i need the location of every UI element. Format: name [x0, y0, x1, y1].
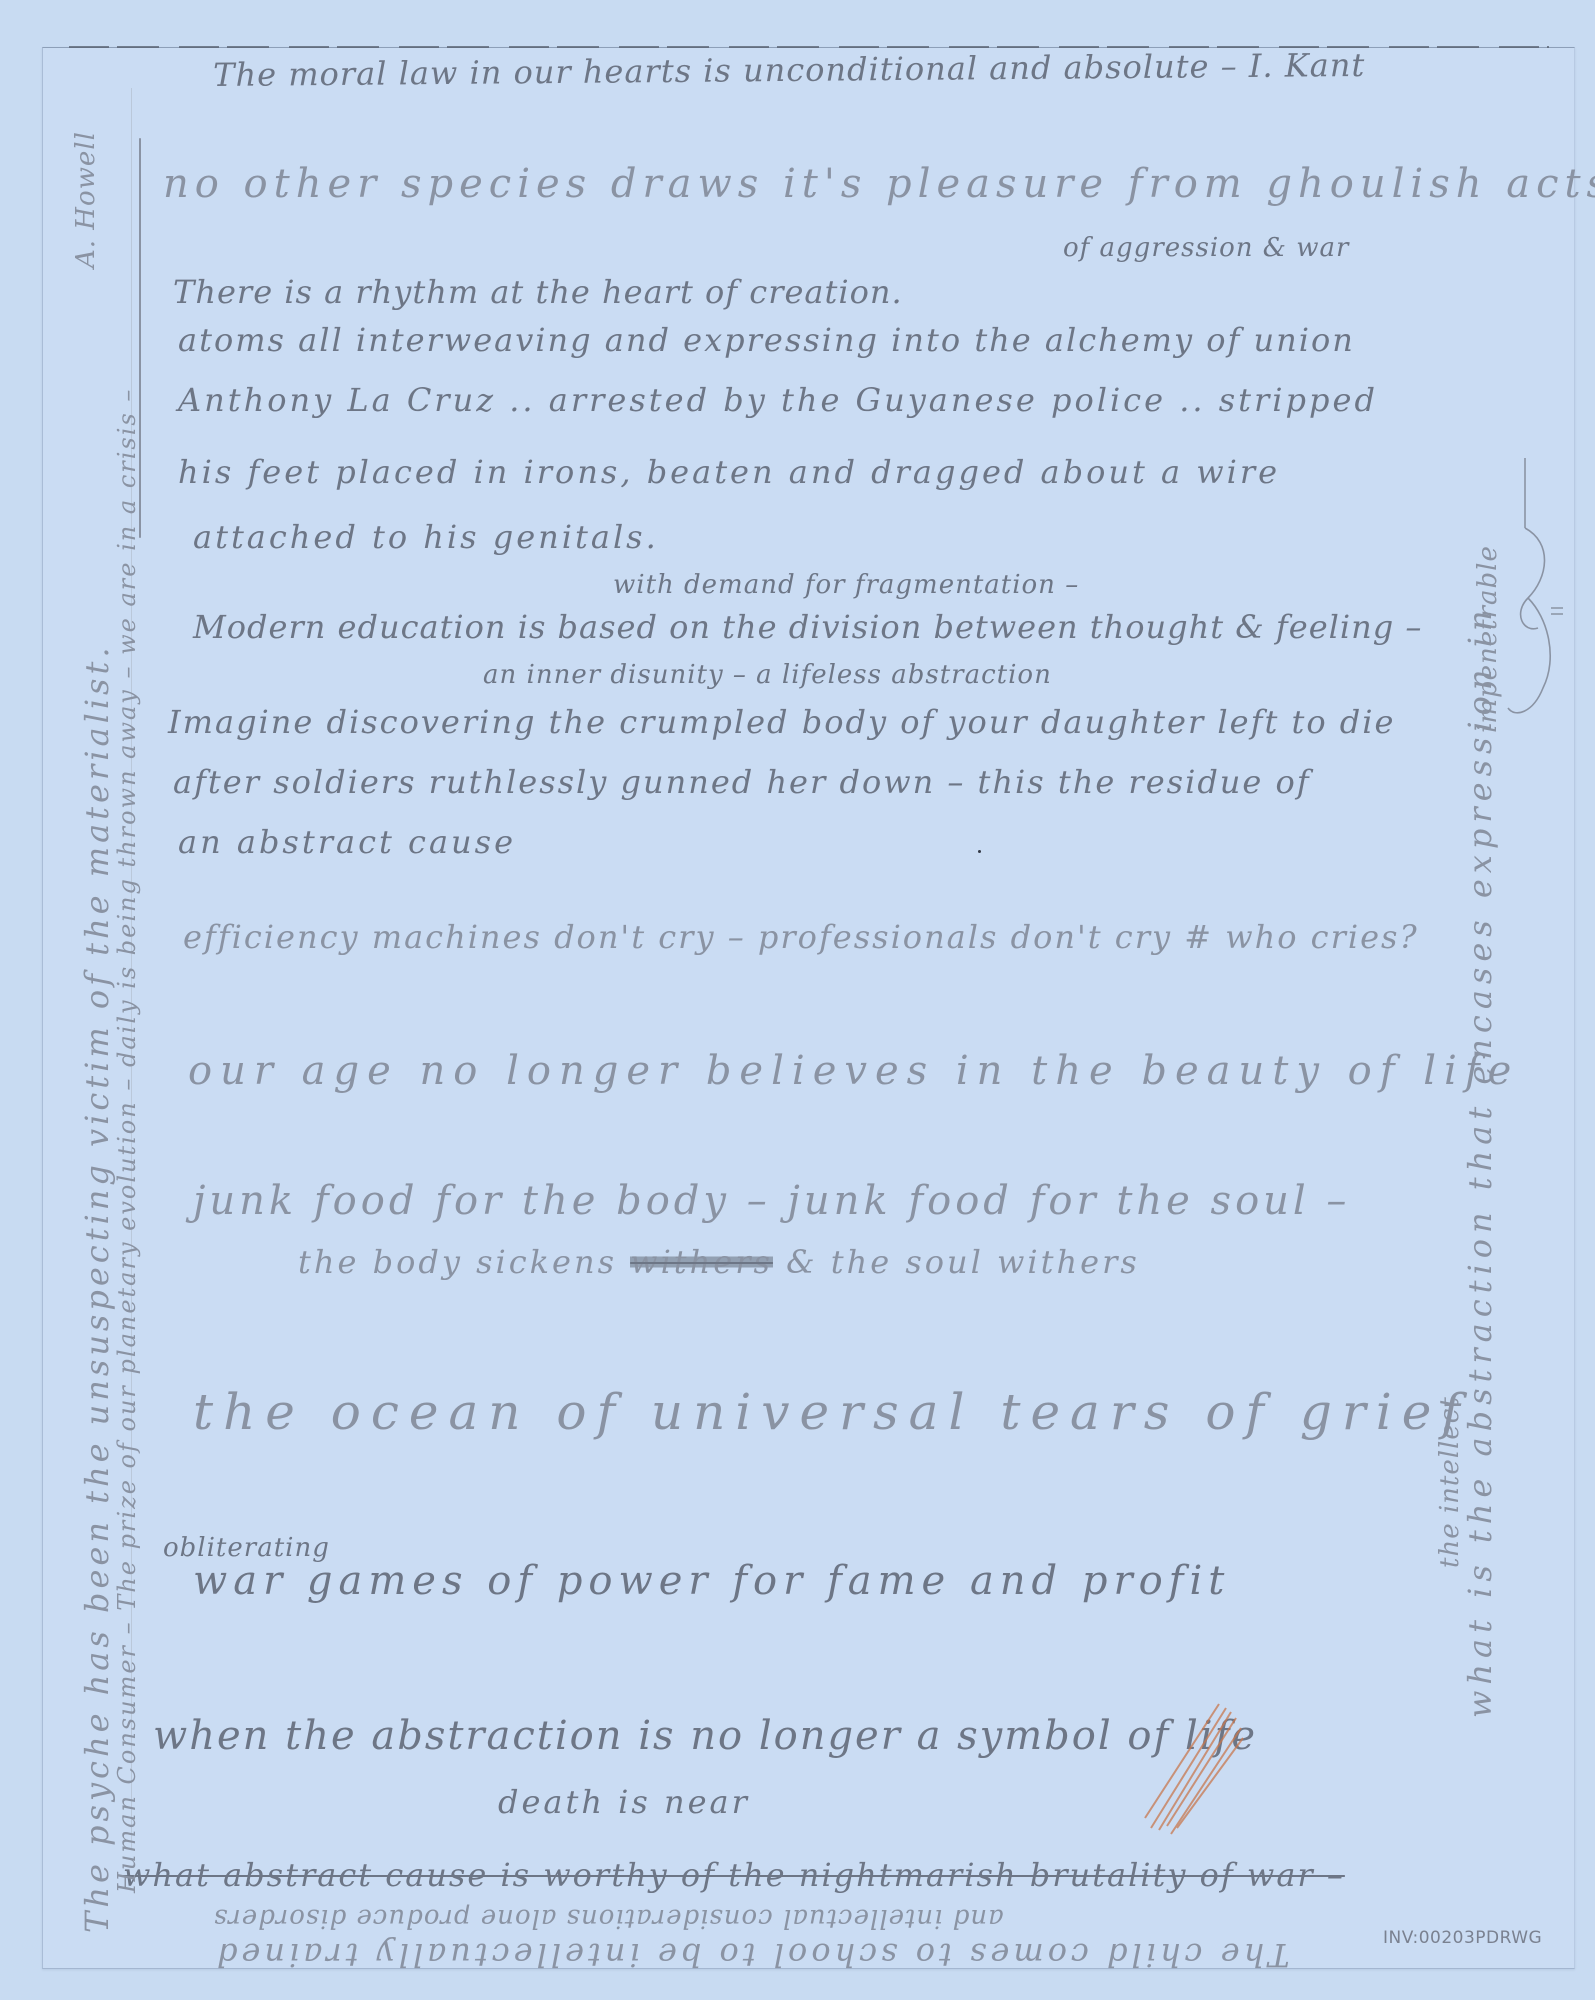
right-margin-impenetrable: impenetrable	[1473, 545, 1503, 733]
left-margin-underline	[139, 138, 141, 538]
insert-demand-fragmentation: with demand for fragmentation –	[613, 570, 1079, 600]
line-body-sickens: the body sickens withers & the soul with…	[298, 1243, 1140, 1281]
line-war-games: war games of power for fame and profit	[193, 1558, 1230, 1604]
line-struck-brutality-of-war: what abstract cause is worthy of the nig…	[123, 1856, 1345, 1894]
line-no-other-species: no other species draws it's pleasure fro…	[163, 161, 1595, 207]
line-junk-food: junk food for the body – junk food for t…	[193, 1178, 1350, 1224]
upside-down-line-child-school: The child comes to school to be intellec…	[213, 1936, 1290, 1974]
orange-scribble-mark	[1131, 1698, 1251, 1838]
left-margin-psyche-text: The psyche has been the unsuspecting vic…	[78, 643, 116, 1933]
struck-word-withers: withers	[630, 1243, 773, 1281]
line-ocean-of-tears: the ocean of universal tears of grief	[193, 1383, 1470, 1441]
line-feet-irons: his feet placed in irons, beaten and dra…	[178, 453, 1280, 491]
line-anthony-la-cruz: Anthony La Cruz .. arrested by the Guyan…	[178, 381, 1378, 419]
inventory-number-label: INV:00203PDRWG	[1383, 1928, 1542, 1948]
line-kant-quote: The moral law in our hearts is unconditi…	[213, 46, 1365, 94]
soul-withers-text: & the soul withers	[786, 1243, 1140, 1281]
bracket-flourish-mark	[1503, 458, 1573, 728]
line-atoms-alchemy: atoms all interweaving and expressing in…	[178, 321, 1355, 359]
line-abstraction-symbol: when the abstraction is no longer a symb…	[153, 1713, 1257, 1759]
line-soldiers-residue: after soldiers ruthlessly gunned her dow…	[173, 763, 1311, 801]
insert-aggression-war: of aggression & war	[1063, 233, 1349, 263]
line-attached-genitals: attached to his genitals.	[193, 518, 659, 556]
right-margin-abstraction-text: what is the abstraction that encases exp…	[1461, 604, 1499, 1718]
pencil-dot	[978, 850, 981, 853]
left-margin-human-consumer-text: Human Consumer – The prize of our planet…	[113, 388, 141, 1893]
line-beauty-of-life: our age no longer believes in the beauty…	[188, 1048, 1519, 1094]
line-inner-disunity: an inner disunity – a lifeless abstracti…	[483, 660, 1052, 690]
line-modern-education: Modern education is based on the divisio…	[193, 608, 1422, 646]
line-death-near: death is near	[498, 1783, 750, 1821]
right-margin-intellect-insert: the intellect	[1435, 1396, 1465, 1568]
line-abstract-cause: an abstract cause	[178, 823, 516, 861]
line-imagine-daughter: Imagine discovering the crumpled body of…	[168, 703, 1395, 741]
body-sickens-text: the body sickens	[298, 1243, 617, 1281]
left-margin-attribution: A. Howell	[71, 131, 101, 268]
line-rhythm-creation: There is a rhythm at the heart of creati…	[173, 273, 903, 311]
manuscript-sheet: The moral law in our hearts is unconditi…	[42, 47, 1575, 1969]
upside-down-line-intellectual-considerations: and intellectual considerations alone pr…	[213, 1903, 1004, 1933]
line-efficiency-machines: efficiency machines don't cry – professi…	[183, 918, 1419, 956]
